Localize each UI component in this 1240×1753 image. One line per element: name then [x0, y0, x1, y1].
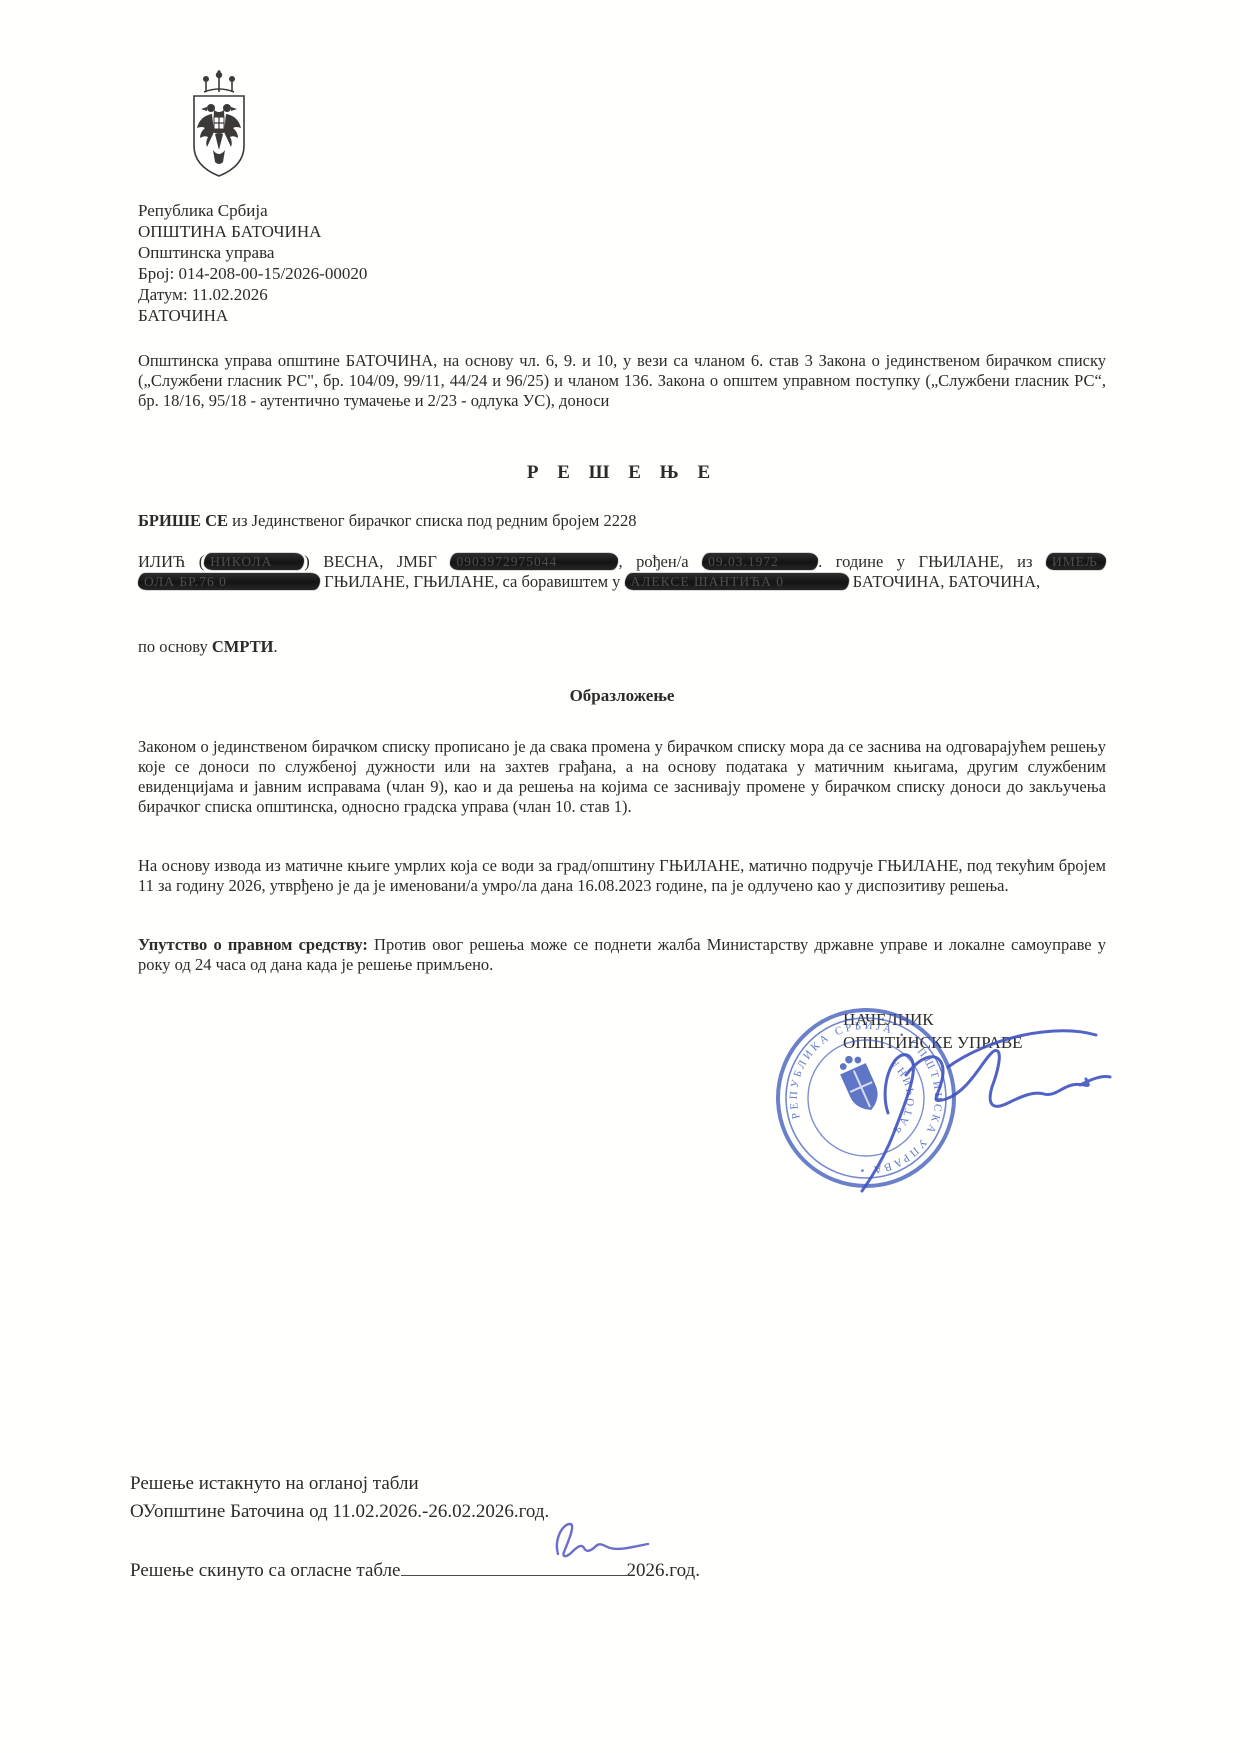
redaction-hint-text: 09.03.1972	[708, 553, 779, 570]
explanation-title: Образложење	[138, 686, 1106, 706]
redaction-hint-text: ИМЕЉ	[1052, 553, 1098, 570]
legal-remedy-paragraph: Упутство о правном средству: Против овог…	[138, 935, 1106, 975]
redaction-bar: ИМЕЉ	[1046, 553, 1106, 570]
posting-note: Решење истакнуто на огланој табли ОУопшт…	[130, 1470, 549, 1526]
letterhead-place: БАТОЧИНА	[138, 305, 367, 326]
basis-line: по основу СМРТИ.	[138, 637, 1106, 657]
serbia-coat-of-arms-icon	[186, 70, 252, 186]
explanation-paragraph-2: На основу извода из матичне књиге умрлих…	[138, 856, 1106, 896]
dispositive-paragraph: ИЛИЋ (НИКОЛА) ВЕСНА, ЈМБГ 0903972975044,…	[138, 552, 1106, 592]
redaction-bar: ОЛА БР.76 0	[138, 573, 320, 590]
redaction-hint-text: 0903972975044	[456, 553, 557, 570]
dispositive-text-run: , рођен/а	[618, 552, 702, 571]
basis-prefix: по основу	[138, 637, 212, 656]
posting-note-line2: ОУопштине Баточина од 11.02.2026.-26.02.…	[130, 1498, 549, 1526]
dispositive-text-run: ГЊИЛАНЕ, ГЊИЛАНЕ, са боравиштем у	[320, 572, 625, 591]
redaction-bar: 0903972975044	[450, 553, 618, 570]
redaction-bar: АЛЕКСЕ ШАНТИЋА 0	[625, 573, 849, 590]
redaction-bar: 09.03.1972	[702, 553, 818, 570]
dispositive-intro: БРИШЕ СЕ из Јединственог бирачког списка…	[138, 511, 1106, 531]
intro-paragraph: Општинска управа општине БАТОЧИНА, на ос…	[138, 351, 1106, 411]
removal-note: Решење скинуто са огласне табле2026.год.	[130, 1556, 700, 1585]
dispositive-text-run: ИЛИЋ (	[138, 552, 204, 571]
basis-suffix: .	[273, 637, 277, 656]
handwritten-signature-icon	[840, 1005, 1130, 1205]
letterhead-department: Општинска управа	[138, 242, 367, 263]
letterhead-date: Датум: 11.02.2026	[138, 284, 367, 305]
dispositive-text-run: БАТОЧИНА, БАТОЧИНА,	[849, 572, 1041, 591]
redaction-bar: НИКОЛА	[204, 553, 304, 570]
redaction-hint-text: ОЛА БР.76 0	[144, 573, 227, 590]
document-page: Република Србија ОПШТИНА БАТОЧИНА Општин…	[0, 0, 1240, 1753]
decision-title: Р Е Ш Е Њ Е	[138, 462, 1106, 484]
letterhead: Република Србија ОПШТИНА БАТОЧИНА Општин…	[138, 200, 367, 326]
basis-bold: СМРТИ	[212, 637, 274, 656]
letterhead-municipality: ОПШТИНА БАТОЧИНА	[138, 221, 367, 242]
letterhead-number: Број: 014-208-00-15/2026-00020	[138, 263, 367, 284]
dispositive-intro-bold: БРИШЕ СЕ	[138, 511, 228, 530]
dispositive-text-run: ) ВЕСНА, ЈМБГ	[304, 552, 450, 571]
legal-remedy-bold: Упутство о правном средству:	[138, 935, 368, 954]
removal-note-prefix: Решење скинуто са огласне табле	[130, 1560, 401, 1581]
redaction-hint-text: АЛЕКСЕ ШАНТИЋА 0	[631, 573, 784, 590]
dispositive-text-run: . године у ГЊИЛАНЕ, из	[818, 552, 1046, 571]
posting-note-line1: Решење истакнуто на огланој табли	[130, 1470, 549, 1498]
removal-note-suffix: 2026.год.	[627, 1560, 700, 1581]
explanation-paragraph-1: Законом о јединственом бирачком списку п…	[138, 737, 1106, 817]
dispositive-intro-rest: из Јединственог бирачког списка под редн…	[228, 511, 636, 530]
letterhead-country: Република Србија	[138, 200, 367, 221]
removal-date-blank	[401, 1556, 627, 1576]
redaction-hint-text: НИКОЛА	[210, 553, 272, 570]
